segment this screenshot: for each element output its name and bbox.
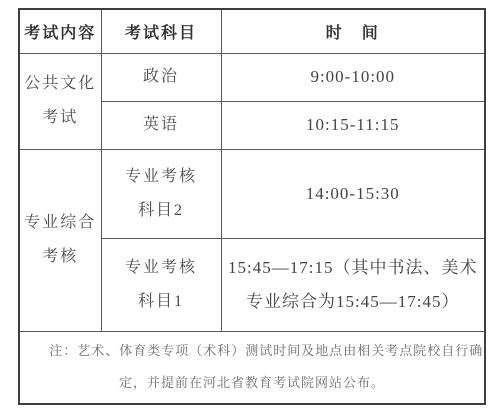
time-cell-politics: 9:00-10:00: [221, 53, 485, 101]
time-cell-english: 10:15-11:15: [221, 101, 485, 149]
header-cell-time: 时 间: [221, 9, 485, 53]
note-row: 注：艺术、体育类专项（术科）测试时间及地点由相关考点院校自行确定，并提前在河北省…: [19, 331, 485, 404]
exam-schedule-page: 考试内容 考试科目 时 间 公共文化 考试 政治 9:00-10:00 英语 1…: [0, 0, 499, 415]
subject-cell-english: 英语: [101, 101, 221, 149]
subject-cell-professional-subject1: 专业考核 科目1: [101, 238, 221, 331]
footnote-text: 注：艺术、体育类专项（术科）测试时间及地点由相关考点院校自行确定，并提前在河北省…: [19, 331, 485, 404]
exam-schedule-table: 考试内容 考试科目 时 间 公共文化 考试 政治 9:00-10:00 英语 1…: [18, 8, 486, 405]
header-cell-exam-subject: 考试科目: [101, 9, 221, 53]
category-cell-public-culture: 公共文化 考试: [19, 53, 101, 149]
subject-cell-professional-subject2: 专业考核 科目2: [101, 149, 221, 238]
time-cell-professional-subject1: 15:45—17:15（其中书法、美术专业综合为15:45—17:45）: [221, 238, 485, 331]
subject-cell-politics: 政治: [101, 53, 221, 101]
header-cell-exam-content: 考试内容: [19, 9, 101, 53]
table-row-politics: 公共文化 考试 政治 9:00-10:00: [19, 53, 485, 101]
table-row-professional-subject2: 专业综合 考核 专业考核 科目2 14:00-15:30: [19, 149, 485, 238]
time-cell-professional-subject2: 14:00-15:30: [221, 149, 485, 238]
header-row: 考试内容 考试科目 时 间: [19, 9, 485, 53]
category-cell-professional-assessment: 专业综合 考核: [19, 149, 101, 331]
